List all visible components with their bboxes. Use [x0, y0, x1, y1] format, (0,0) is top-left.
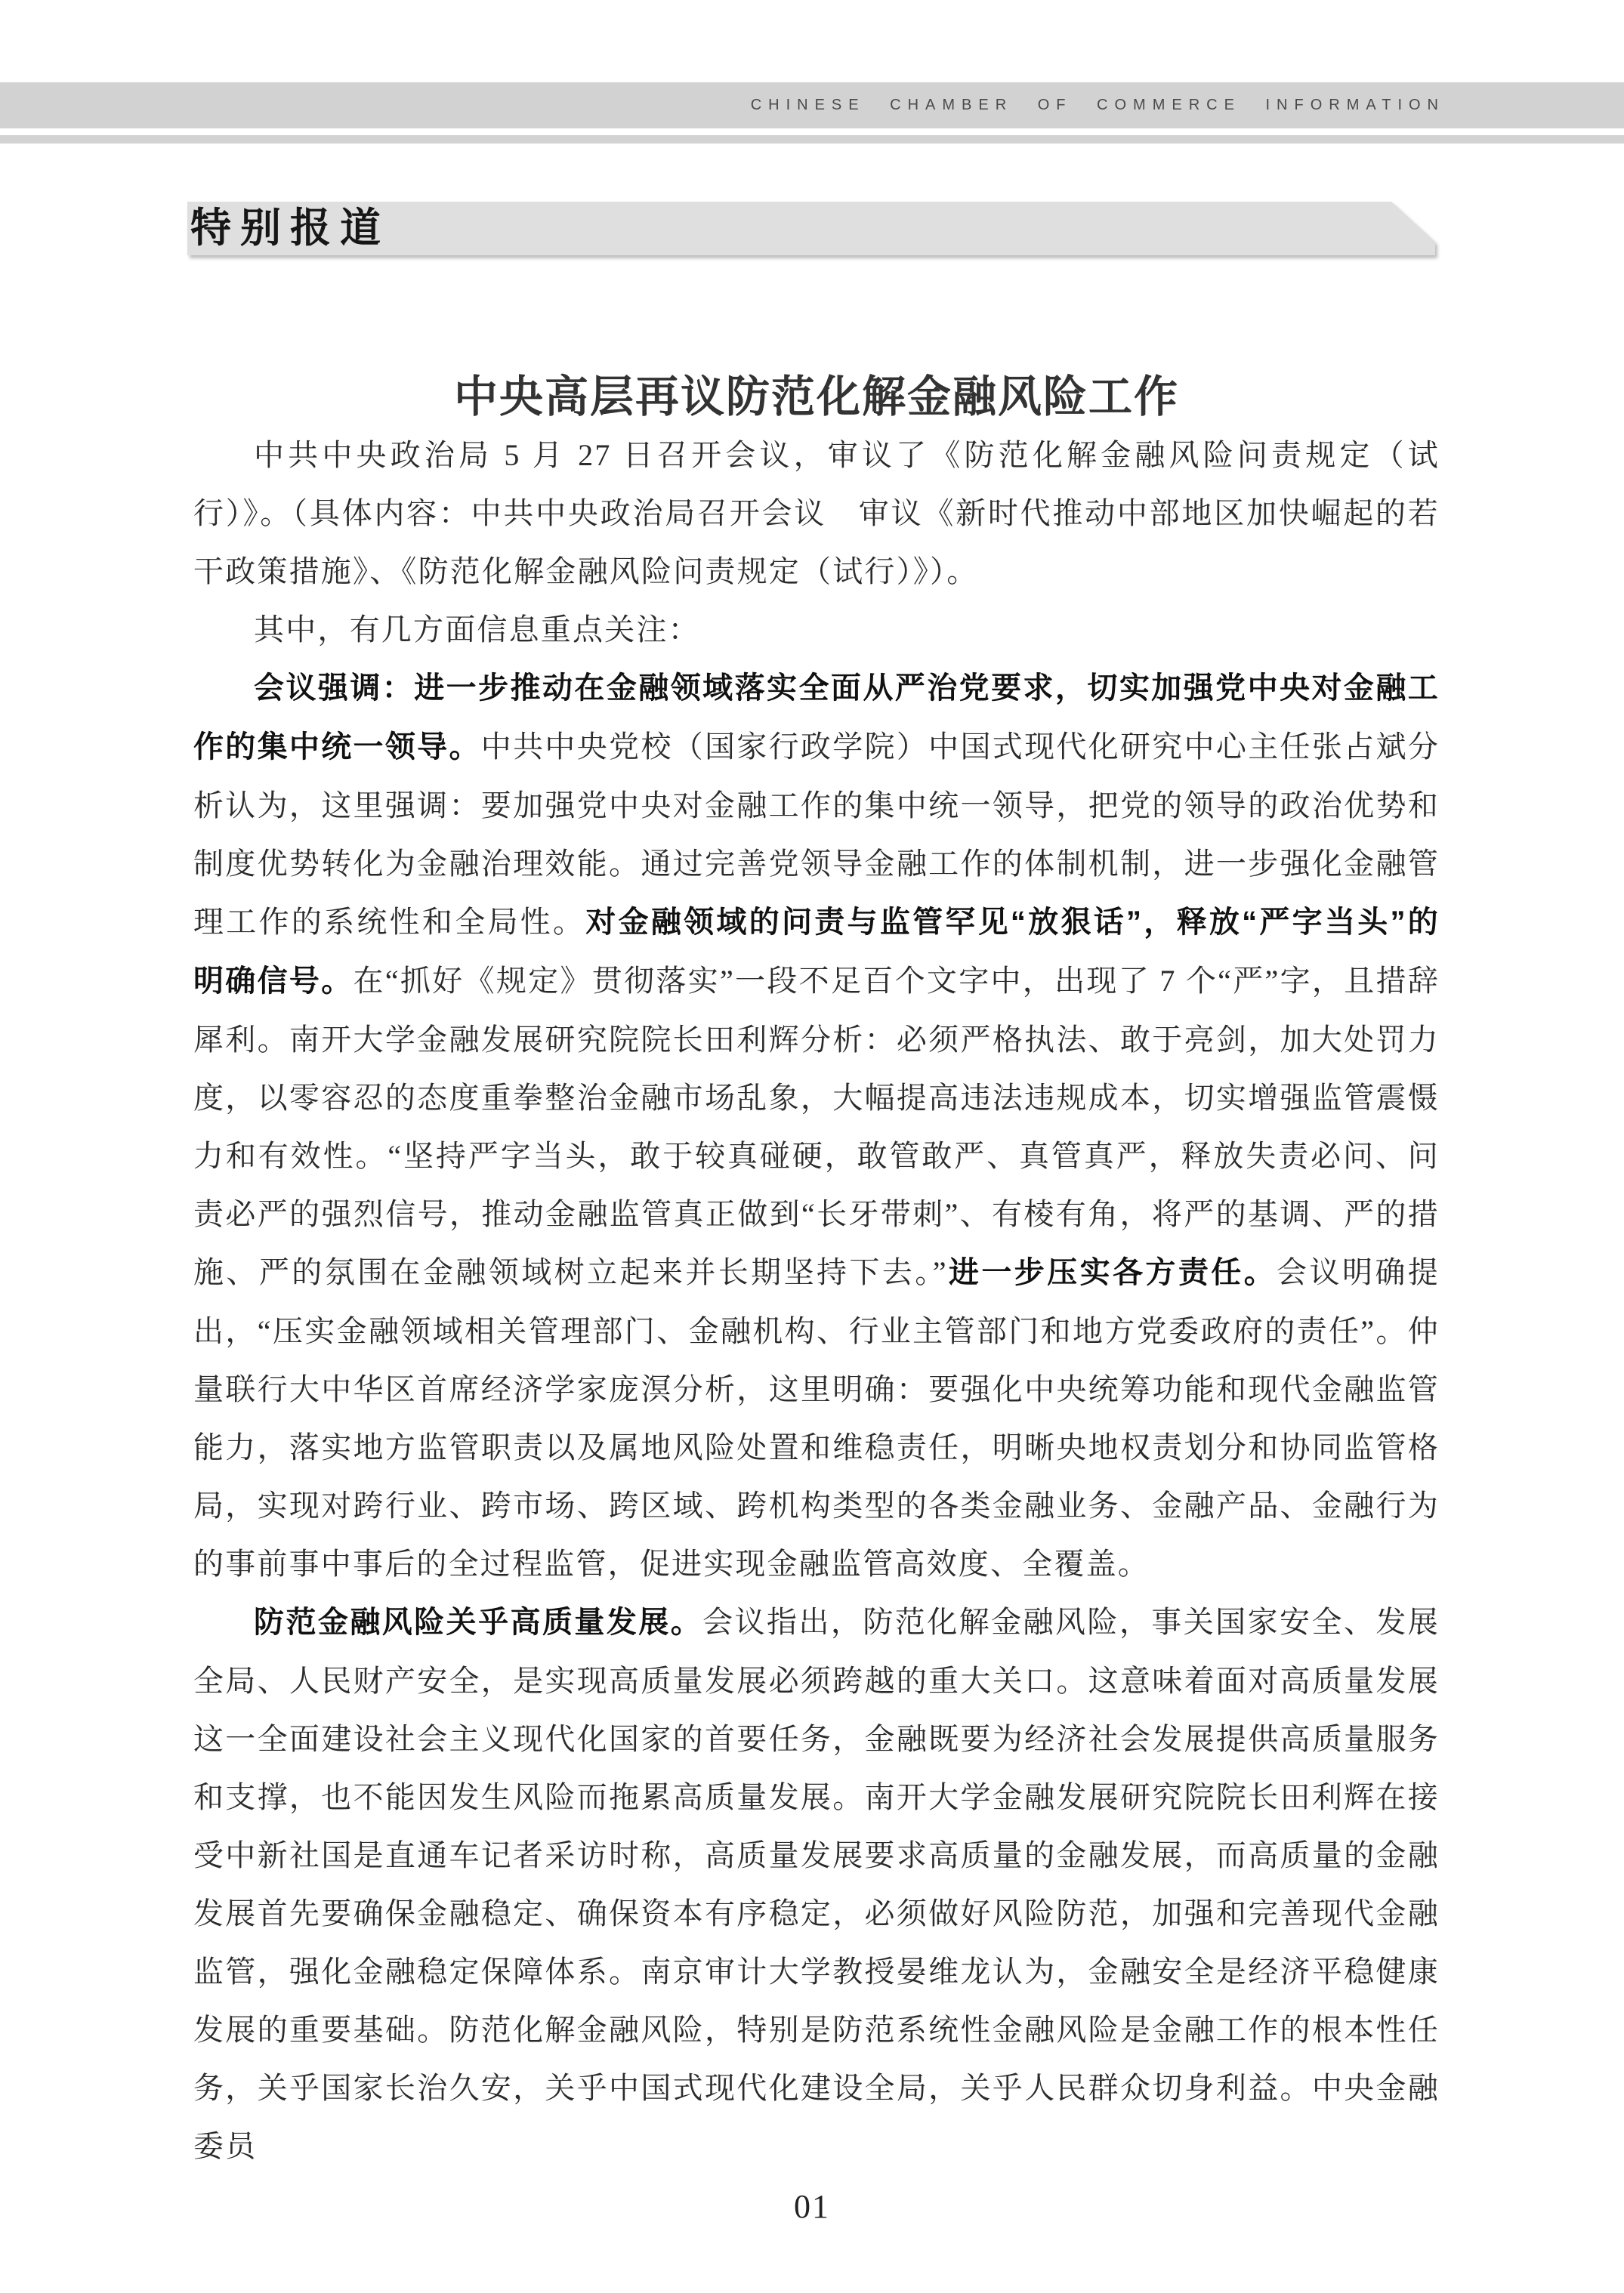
text-segment: 中共中央政治局 5 月 27 日召开会议，审议了《防范化解金融风险问责规定（试行… [193, 438, 1440, 588]
article-paragraph: 会议强调：进一步推动在金融领域落实全面从严治党要求，切实加强党中央对金融工作的集… [193, 659, 1440, 1593]
page-number: 01 [0, 2187, 1624, 2226]
article-paragraph: 防范金融风险关乎高质量发展。会议指出，防范化解金融风险，事关国家安全、发展全局、… [193, 1593, 1440, 2175]
text-segment: 其中，有几方面信息重点关注： [254, 613, 700, 647]
text-segment: 会议明确提出，“压实金融领域相关管理部门、金融机构、行业主管部门和地方党委政府的… [193, 1255, 1440, 1581]
page: CHINESE CHAMBER OF COMMERCE INFORMATION … [0, 0, 1624, 2293]
text-segment: 会议指出，防范化解金融风险，事关国家安全、发展全局、人民财产安全，是实现高质量发… [193, 1605, 1440, 2163]
section-label: 特别报道 [187, 202, 390, 255]
article-body: 中共中央政治局 5 月 27 日召开会议，审议了《防范化解金融风险问责规定（试行… [193, 426, 1440, 2175]
article-paragraph: 其中，有几方面信息重点关注： [193, 600, 1440, 659]
section-label-bar-shape: 特别报道 [187, 202, 1435, 255]
emphasis-segment: 防范金融风险关乎高质量发展。 [254, 1606, 702, 1639]
emphasis-segment: 进一步压实各方责任。 [948, 1256, 1277, 1289]
article-title: 中央高层再议防范化解金融风险工作 [193, 371, 1440, 424]
section-label-bar: 特别报道 [187, 202, 1435, 255]
header-band: CHINESE CHAMBER OF COMMERCE INFORMATION [0, 82, 1624, 128]
text-segment: 在“抓好《规定》贯彻落实”一段不足百个文字中，出现了 7 个“严”字，且措辞犀利… [193, 964, 1440, 1289]
header-banner-text: CHINESE CHAMBER OF COMMERCE INFORMATION [751, 97, 1445, 114]
article-paragraph: 中共中央政治局 5 月 27 日召开会议，审议了《防范化解金融风险问责规定（试行… [193, 426, 1440, 600]
header-rule-band [0, 135, 1624, 144]
